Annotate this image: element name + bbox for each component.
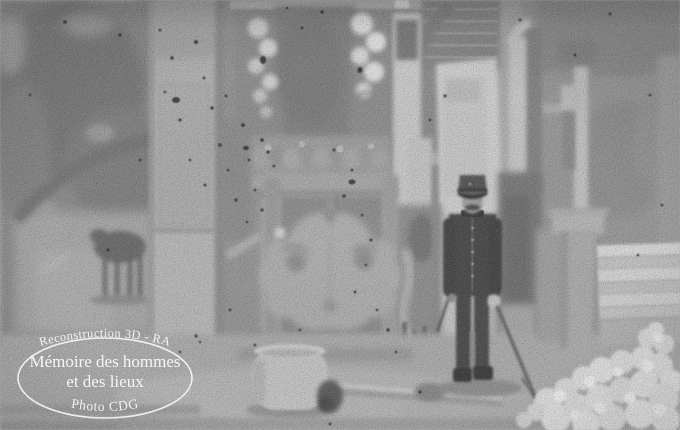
watermark-line1: Mémoire des hommes [29, 352, 180, 371]
vintage-photograph: Reconstruction 3D - RA Mémoire des homme… [0, 0, 680, 430]
watermark-arc-bottom: Photo CDG [70, 396, 139, 414]
watermark-line2: et des lieux [66, 372, 144, 391]
watermark-stamp: Reconstruction 3D - RA Mémoire des homme… [0, 0, 680, 430]
watermark-arc-top: Reconstruction 3D - RA [38, 326, 173, 349]
